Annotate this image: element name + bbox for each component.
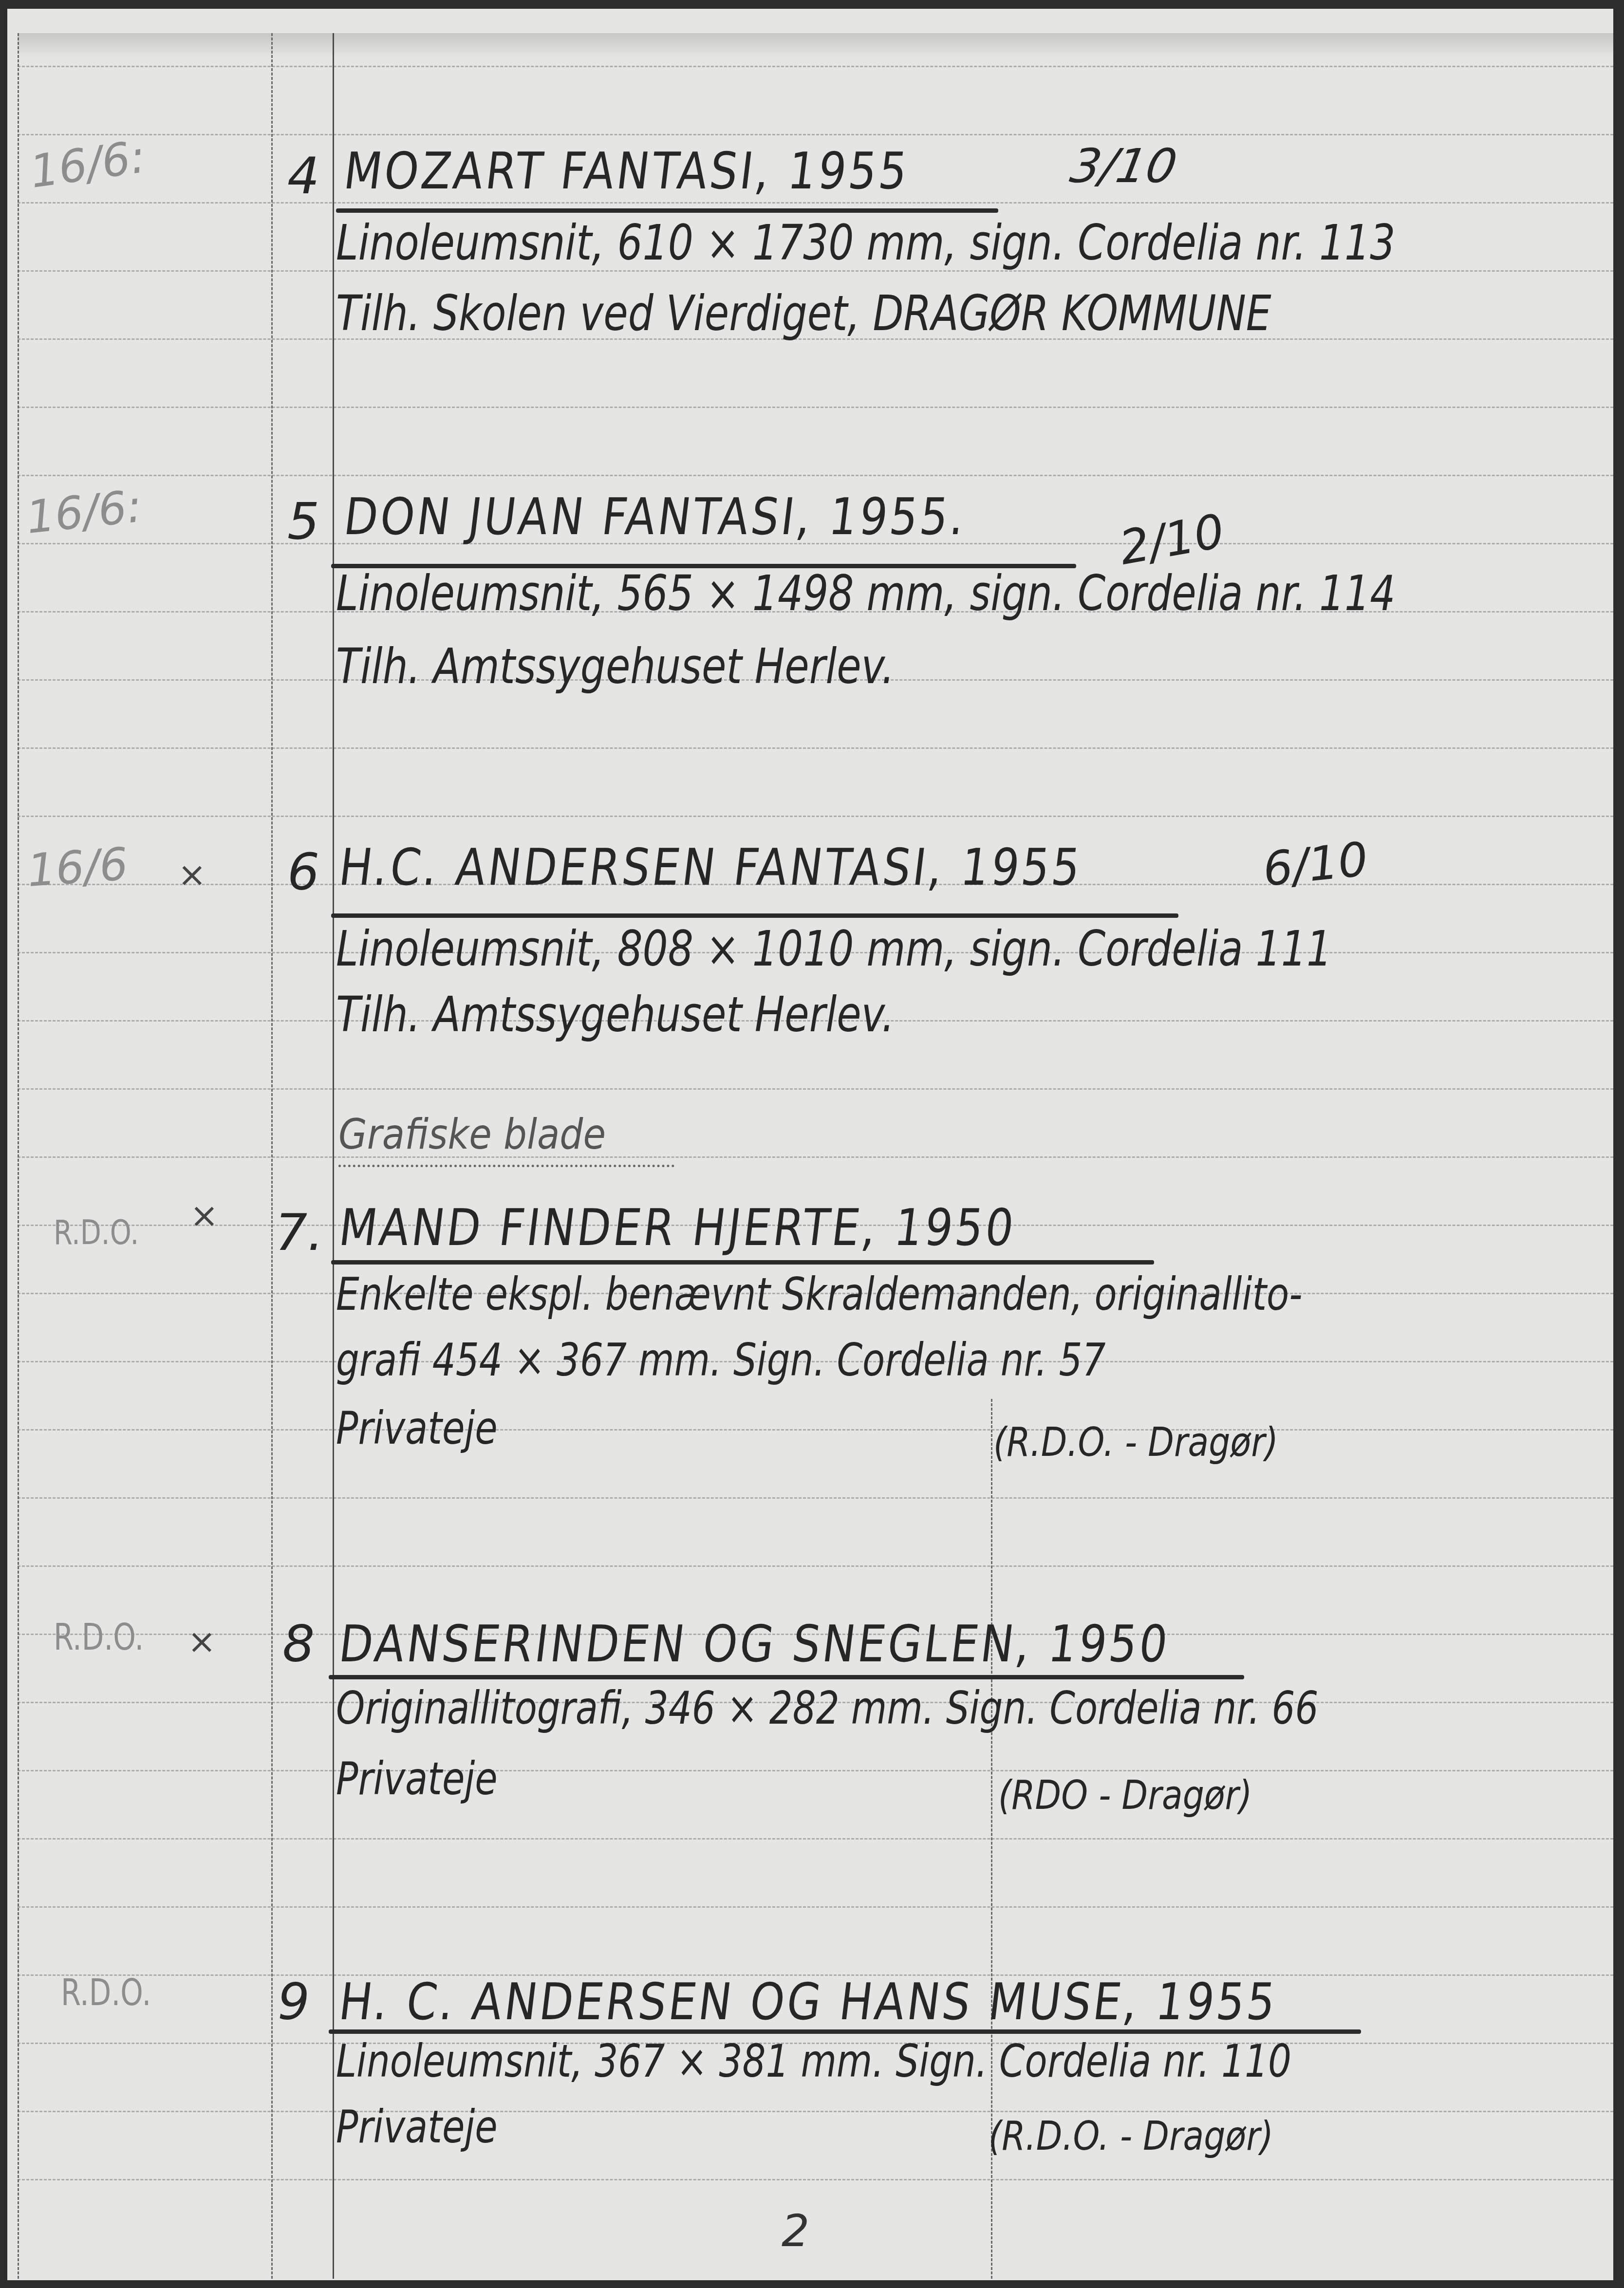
ruled-line <box>18 2179 1613 2180</box>
ruled-line <box>18 475 1613 476</box>
section-heading-underline <box>338 1165 674 1167</box>
edition-fraction: 3/10 <box>1066 139 1181 193</box>
entry-line: Linoleumsnit, 808 × 1010 mm, sign. Corde… <box>336 920 1332 977</box>
entry-title: H.C. ANDERSEN FANTASI, 1955 <box>336 837 1086 897</box>
ruled-line <box>18 1565 1613 1567</box>
x-mark: × <box>190 1195 219 1235</box>
provenance-note: (RDO - Dragør) <box>998 1772 1252 1819</box>
ruled-line <box>18 1156 1613 1158</box>
entry-title: MAND FINDER HJERTE, 1950 <box>336 1198 1019 1257</box>
title-underline <box>329 2029 1361 2034</box>
ruled-line <box>18 1770 1613 1771</box>
entry-line: grafi 454 × 367 mm. Sign. Cordelia nr. 5… <box>336 1334 1106 1386</box>
ruled-line <box>18 1906 1613 1908</box>
section-heading: Grafiske blade <box>338 1110 606 1159</box>
ruled-line <box>18 816 1613 817</box>
ledger-paper <box>7 9 1613 2280</box>
entry-title: DANSERINDEN OG SNEGLEN, 1950 <box>336 1614 1173 1674</box>
entry-date: R.D.O. <box>54 1212 139 1252</box>
ruled-line <box>18 1088 1613 1090</box>
x-mark: × <box>187 1621 216 1661</box>
ruled-line <box>18 1429 1613 1431</box>
provenance-note: (R.D.O. - Dragør) <box>993 1419 1278 1466</box>
title-underline <box>329 1675 1244 1679</box>
ruled-line <box>18 747 1613 749</box>
ruled-line <box>18 134 1613 135</box>
entry-number: 8 <box>282 1614 315 1674</box>
entry-line: Privateje <box>336 1753 498 1805</box>
entry-date: R.D.O. <box>61 1972 151 2014</box>
entry-line: Tilh. Amtssygehuset Herlev. <box>336 638 895 695</box>
entry-line: Tilh. Skolen ved Vierdiget, DRAGØR KOMMU… <box>336 285 1271 342</box>
entry-title: DON JUAN FANTASI, 1955. <box>341 487 971 546</box>
ruled-line <box>18 1838 1613 1840</box>
entry-title: H. C. ANDERSEN OG HANS MUSE, 1955 <box>336 1972 1281 2031</box>
entry-number: 4 <box>287 146 319 205</box>
ruled-line <box>18 2111 1613 2112</box>
entry-line: Linoleumsnit, 565 × 1498 mm, sign. Corde… <box>336 565 1395 622</box>
title-underline <box>336 208 998 213</box>
title-underline <box>331 1260 1154 1265</box>
entry-date: 16/6 <box>26 838 130 897</box>
ruled-line <box>18 202 1613 204</box>
entry-line: Linoleumsnit, 610 × 1730 mm, sign. Corde… <box>336 214 1395 271</box>
top-band <box>18 33 1613 57</box>
entry-date: R.D.O. <box>54 1617 144 1658</box>
left-margin-line <box>18 33 19 2279</box>
entry-number: 6 <box>287 842 319 902</box>
x-mark: × <box>178 855 206 894</box>
ruled-line <box>18 407 1613 408</box>
entry-title: MOZART FANTASI, 1955 <box>341 141 913 201</box>
title-underline <box>331 913 1178 918</box>
edition-fraction: 6/10 <box>1260 832 1370 897</box>
entry-line: Privateje <box>336 2101 498 2153</box>
entry-line: Enkelte ekspl. benævnt Skraldemanden, or… <box>336 1268 1302 1321</box>
date-column-divider <box>271 33 273 2279</box>
page-number: 2 <box>782 2206 809 2257</box>
entry-line: Privateje <box>336 1402 498 1454</box>
entry-line: Originallitografi, 346 × 282 mm. Sign. C… <box>336 1682 1318 1734</box>
entry-number: 7. <box>275 1203 323 1262</box>
provenance-note: (R.D.O. - Dragør) <box>989 2113 1273 2159</box>
entry-line: Tilh. Amtssygehuset Herlev. <box>336 986 895 1043</box>
entry-number: 9 <box>278 1972 310 2031</box>
ruled-line <box>18 1497 1613 1499</box>
entry-number: 5 <box>287 492 319 551</box>
entry-line: Linoleumsnit, 367 × 381 mm. Sign. Cordel… <box>336 2035 1291 2087</box>
number-column-divider <box>333 33 334 2279</box>
ruled-line <box>18 66 1613 67</box>
